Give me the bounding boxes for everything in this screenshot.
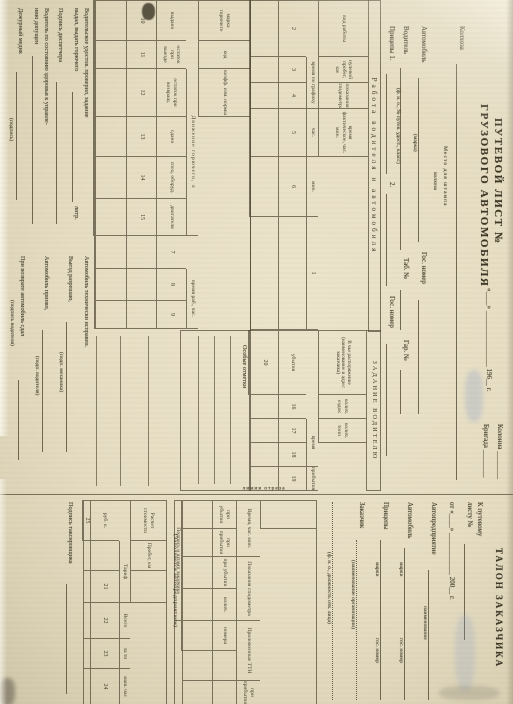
stub-to-line1: К путевому: [476, 502, 483, 536]
fuel-col15-header: двигателя: [156, 199, 186, 236]
stub-arr1: при прибытии: [236, 681, 260, 704]
fuel-cell: [94, 1, 95, 41]
return-sign-blank: [18, 380, 32, 460]
fuel-cell: [95, 269, 126, 301]
fuel-colnum: 7: [156, 236, 186, 269]
fuel-col13-header: коэфф. изм. нормы: [198, 69, 250, 117]
notes-line: [198, 336, 199, 484]
stub-filledby-label: (Заполняется автопредприятием): [171, 534, 177, 627]
stub-times-table: Время, час. мин. Показания спидометра Пр…: [174, 500, 317, 704]
stub-cell: [181, 501, 182, 529]
auto-returned-label: При возврате автомобиль сдал: [19, 256, 26, 336]
dispatcher-sign-label: Подпись диспетчера: [57, 8, 64, 62]
fuel-cell: [95, 157, 126, 199]
stub-cost-cell: [90, 541, 119, 571]
stub-dep2: при убытии: [212, 557, 236, 589]
stub-date-line: от «____» ____________ 200__ г.: [448, 502, 455, 600]
fuel-cell: [126, 269, 156, 301]
task-table: ЗАДАНИЕ ВОДИТЕЛЮ В чье распоряжение (наи…: [248, 330, 381, 491]
stub-to-line2: листу №: [466, 502, 473, 527]
stub-vsego-header: Всего: [119, 603, 130, 639]
stub-colnum: 24: [90, 669, 119, 704]
gos-nomer2-blank: [386, 344, 403, 456]
stub-taksirovshik-blank: [66, 584, 80, 694]
work-colnum: 1: [306, 217, 318, 330]
fuel-colnum: 13: [126, 117, 156, 157]
stub-cell: [212, 681, 236, 704]
stub-cell: [182, 651, 212, 681]
stub-cell: [181, 557, 182, 589]
fuel-colnum: 14: [126, 157, 156, 199]
paper-fold-crease: [263, 0, 513, 175]
fuel-colnum: 8: [156, 269, 186, 301]
stub-otv-blank: [332, 502, 349, 700]
stub-cost-cell: [83, 603, 90, 639]
dispatcher-sign-blank: [56, 82, 70, 224]
stub-cell: [182, 681, 212, 704]
stub-pricepy-label: Прицепы: [382, 502, 389, 530]
stub-cost-cell: [83, 669, 90, 704]
fuel-colnum: 15: [126, 199, 156, 236]
stub-colnum: 23: [90, 639, 119, 669]
fuel-colnum: 12: [126, 69, 156, 117]
stub-atp-sub: наименование: [421, 606, 427, 640]
stub-cost-table: Расчет стоимости Тариф Пробег, км Всего …: [82, 500, 167, 704]
stub-pricepy-blank: [380, 540, 397, 700]
fuel-cell: [94, 41, 95, 69]
stub-atp-label: Автопредприятие: [430, 502, 437, 555]
task-colnum: 20: [250, 331, 278, 395]
litres-label: литр.: [73, 206, 80, 220]
kolonna-field: Колонна ________: [496, 424, 503, 479]
task-cell: [250, 419, 278, 443]
tab-no-blank: [400, 290, 417, 330]
stub-cost-cell: [82, 501, 83, 541]
work-cell: [250, 217, 278, 330]
fuel-cell: [94, 269, 95, 301]
fuel-cell: [126, 301, 156, 329]
dispatcher-check-line2: выдал, выдать горючего: [73, 8, 80, 71]
task-col16-header: В чье распоряжение (наименование и адрес…: [318, 331, 366, 395]
task-cell: [250, 443, 278, 467]
work-cell: [278, 217, 306, 330]
fuel-cell: [93, 69, 94, 117]
fuel-colnum: 11: [126, 41, 156, 69]
scan-edge-right: [506, 0, 513, 704]
brigada-field: Бригада ________: [482, 424, 489, 478]
fuel-cell: [94, 199, 95, 236]
health-blank: [32, 56, 46, 224]
fuel-colnum: 9: [156, 301, 186, 329]
mechanic-sign-blank: [66, 322, 80, 452]
stub-auto-gos: гос. номер: [397, 638, 403, 663]
faded-blue-stamp: [465, 370, 483, 422]
notes-line: [214, 336, 215, 484]
fuel-cell: [95, 41, 126, 69]
fuel-col12-header: сдано: [156, 117, 186, 157]
medic-blank: [16, 72, 30, 200]
fuel-cell: [94, 69, 95, 117]
stub-cell: [181, 529, 182, 557]
driver-sign-blank: [42, 330, 56, 452]
stub-cost-cell: [83, 639, 90, 669]
stub-col24-header: [130, 571, 166, 603]
driver-sub-label2: (подп. водителя): [33, 356, 39, 395]
stub-raschet-header: Расчет стоимости: [130, 501, 166, 541]
pricep2-blank: [386, 194, 403, 286]
stub-dep1: при убытии: [212, 501, 236, 529]
stub-zakazchik-blank: [356, 540, 373, 700]
task-cell: [250, 395, 278, 419]
stub-cell: [212, 651, 236, 681]
free-line: [96, 336, 97, 486]
fuel-cell: [95, 236, 126, 269]
fuel-col7-header: марка горючего: [198, 1, 250, 41]
stub-cell: [181, 621, 182, 651]
stub-pricepy-gos: гос. номер: [373, 638, 379, 663]
depart-allow-label: Выезд разрешаю,: [67, 256, 74, 302]
stub-rub-header: руб. к.: [90, 501, 119, 541]
stub-colnum: 22: [90, 603, 119, 639]
scan-edge-bottom-left: [0, 479, 7, 704]
tech-ok-line: Автомобиль технически исправен.: [83, 256, 90, 347]
fuel-col10-header: остаток при выезде: [156, 41, 186, 69]
pricepy2-label: 2.: [388, 182, 395, 187]
task-col19-header: колич. ездок: [318, 395, 366, 419]
stub-extra-col: [260, 501, 316, 529]
stub-cell: [181, 589, 182, 621]
fuel-cell: [94, 157, 95, 199]
gos-nomer2-label: Гос. номер: [388, 296, 395, 328]
fuel-col8-header: код: [198, 41, 250, 69]
gos-nomer-label: Гос. номер: [420, 252, 427, 284]
stub-probeg-header: Пробег, км: [130, 541, 166, 571]
fuel-table: марка горючего код Движение горючего, л …: [93, 0, 251, 331]
health-line2: нию допущен: [33, 8, 40, 44]
fuel-group-header: Движение горючего, л: [186, 69, 198, 236]
task-time-group: время: [306, 419, 318, 467]
auto-accepted-label: Автомобиль принял,: [43, 256, 50, 310]
fuel-cell: [95, 1, 126, 41]
stub-sign-space: [174, 621, 181, 704]
fuel-col11-header: остаток при возвращ.: [156, 69, 186, 117]
stub-otv-sub: (ф. и. о., должность отв. лица): [325, 552, 331, 624]
fuel-cell: [93, 41, 94, 69]
fuel-cell: [94, 236, 95, 269]
fuel-cell: [95, 301, 126, 329]
stub-zakazchik-sub: (наименование организации): [349, 560, 355, 629]
gos-nomer-blank: [418, 300, 435, 414]
fuel-litres-blank: [72, 92, 86, 202]
fuel-cell: [94, 301, 95, 329]
stub-auto-label: Автомобиль: [406, 502, 413, 538]
stub-cost-cell: [83, 571, 90, 603]
fuel-cell: [93, 1, 94, 41]
notes-title: Особые отметки: [241, 345, 248, 388]
fuel-cell: [93, 157, 94, 199]
fuel-cell: [95, 199, 126, 236]
fuel-cell: [93, 199, 94, 236]
stub-cell: [182, 529, 212, 557]
stub-time-group: Время, час. мин.: [236, 501, 260, 557]
fuel-cell: [95, 69, 126, 117]
scan-edge-left: [0, 0, 9, 436]
task-colnum: 18: [278, 443, 306, 467]
stub-speed-group: Показания спидометра: [236, 557, 260, 621]
stub-auto-blank: [404, 548, 421, 700]
cut-line-label: линия отреза: [243, 487, 286, 493]
stub-cell: [182, 589, 212, 621]
stub-kol: колич.: [212, 589, 236, 621]
stub-taksirovshik-label: Подпись таксировщика: [67, 502, 74, 564]
stub-cell: [182, 621, 212, 651]
fuel-col14-header: спец. оборуд.: [156, 157, 186, 199]
stub-tarif-group: Тариф: [119, 541, 130, 603]
task-col17-header: прибытия: [306, 467, 318, 491]
task-section-title: ЗАДАНИЕ ВОДИТЕЛЮ: [366, 331, 380, 491]
stub-arr2: при прибытии: [212, 529, 236, 557]
stub-colnum: 25: [83, 501, 90, 541]
date-line: «____» ________________ 196__ г.: [485, 288, 492, 392]
fuel-time-group: время раб., час.: [186, 269, 198, 329]
stub-cost-cell: [83, 541, 90, 571]
return-sub-label: (подпись водителя): [8, 300, 14, 346]
gray-smudge: [439, 686, 499, 700]
stub-auto-marki: марки: [397, 562, 403, 577]
stub-zatn-header: за тн: [119, 639, 130, 669]
cut-line: [0, 494, 513, 495]
stub-ttn-group: Приложенные ТТН: [236, 621, 260, 681]
mechanic-sub-label: (подп. механика): [57, 352, 63, 392]
stub-atp-blank: [428, 570, 445, 700]
faded-blue-stamp: [455, 615, 475, 691]
task-colnum: 17: [278, 419, 306, 443]
stub-zakazchik-label: Заказчик: [358, 502, 365, 528]
fuel-col9-header: выдано: [156, 1, 186, 41]
stub-title: ТАЛОН ЗАКАЗЧИКА: [494, 548, 503, 668]
stub-colnum: 21: [90, 571, 119, 603]
stub-pricepy-marki: марки: [373, 562, 379, 577]
notes-line: [230, 336, 231, 484]
fuel-cell: [93, 117, 94, 157]
scanned-waybill-page: ПУТЕВОЙ ЛИСТ № ГРУЗОВОГО АВТОМОБИЛЯ «___…: [0, 0, 513, 704]
stub-mash-header: маш. час: [119, 669, 130, 704]
task-col20-header: колич. тонн: [318, 419, 366, 443]
fuel-cell: [95, 117, 126, 157]
task-col18-header: убытия: [278, 331, 306, 395]
ink-blot: [142, 3, 155, 20]
free-line: [148, 336, 149, 486]
fuel-cell: [94, 117, 95, 157]
task-colnum: 16: [278, 395, 306, 419]
fuel-cell: [126, 236, 156, 269]
stub-cell: [182, 501, 212, 529]
stub-cell: [182, 557, 212, 589]
stub-nom: номера: [212, 621, 236, 651]
free-line: [120, 336, 121, 486]
medic-label: Дежурный медик: [17, 8, 24, 54]
